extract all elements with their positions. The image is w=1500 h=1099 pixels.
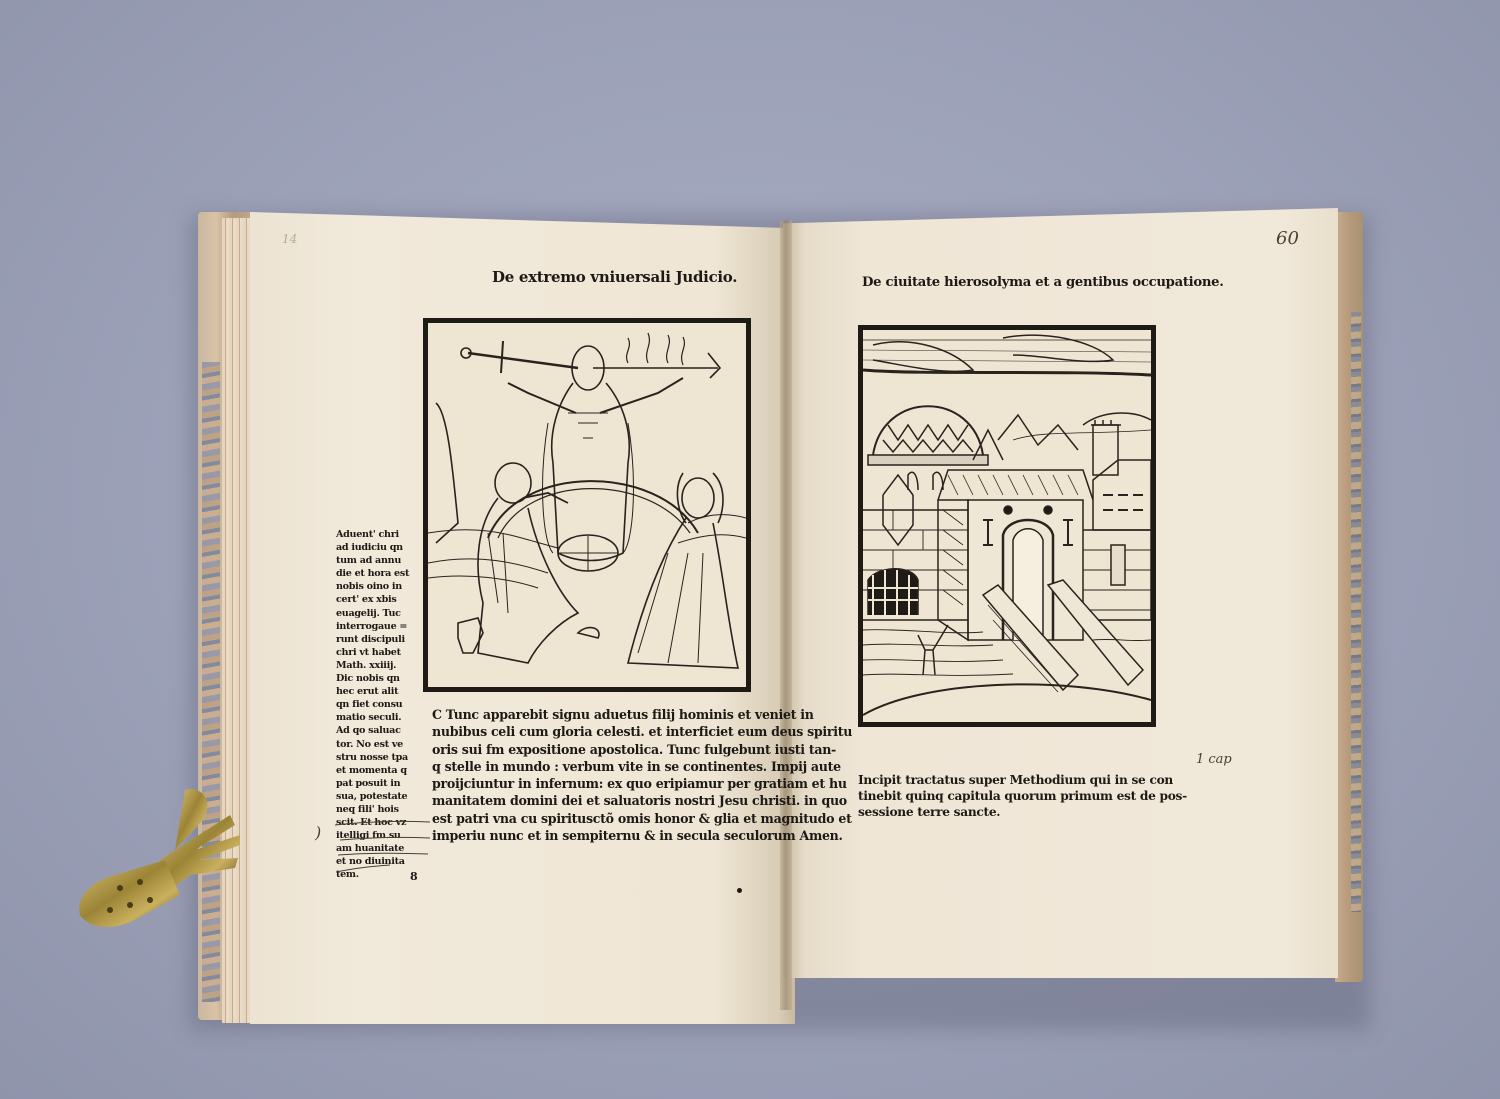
folio-number: 60 <box>1276 228 1299 249</box>
body-line: Incipit tractatus super Methodium qui in… <box>858 772 1187 788</box>
gloss-line: hec erut alit <box>336 685 409 698</box>
last-judgment-illustration <box>428 323 746 687</box>
left-page-body: C Tunc apparebit signu aduetus filij hom… <box>432 706 852 844</box>
pencil-mark: 14 <box>282 232 297 246</box>
book-gutter <box>780 220 792 1010</box>
gloss-line: sua, potestate <box>336 790 409 803</box>
body-line: tinebit quinq capitula quorum primum est… <box>858 788 1187 804</box>
gloss-line: runt discipuli <box>336 633 409 646</box>
body-line: proijciuntur in infernum: ex quo eripiam… <box>432 775 852 792</box>
body-line: est patri vna cu spiritusctõ omis honor … <box>432 810 852 827</box>
ink-dot <box>737 888 742 893</box>
left-page-heading: De extremo vniuersali Judicio. <box>492 268 737 286</box>
gloss-line: et momenta q <box>336 764 409 777</box>
body-line: C Tunc apparebit signu aduetus filij hom… <box>432 706 852 723</box>
gloss-line: Aduent' chri <box>336 528 409 541</box>
gloss-line: pat posuit in <box>336 777 409 790</box>
margin-bracket: ) <box>315 823 321 842</box>
gloss-line: tum ad annu <box>336 554 409 567</box>
body-line: q stelle in mundo : verbum vite in se co… <box>432 758 852 775</box>
body-line: oris sui fm expositione apostolica. Tunc… <box>432 741 852 758</box>
body-line: nubibus celi cum gloria celesti. et inte… <box>432 723 852 740</box>
gloss-line: chri vt habet <box>336 646 409 659</box>
gloss-line: nobis oino in <box>336 580 409 593</box>
gloss-line: cert' ex xbis <box>336 593 409 606</box>
gloss-line: die et hora est <box>336 567 409 580</box>
gloss-line: matio seculi. <box>336 711 409 724</box>
right-page-body: Incipit tractatus super Methodium qui in… <box>858 772 1187 820</box>
gloss-line: stru nosse tpa <box>336 751 409 764</box>
woodcut-last-judgment <box>423 318 751 692</box>
gloss-line: neq fili' hois <box>336 803 409 816</box>
gloss-line: Ad qo saluac <box>336 724 409 737</box>
body-line: sessione terre sancte. <box>858 804 1187 820</box>
gloss-line: tor. No est ve <box>336 738 409 751</box>
gloss-line: interrogaue = <box>336 620 409 633</box>
body-line: imperiu nunc et in sempiternu & in secul… <box>432 827 852 844</box>
body-line: manitatem domini dei et saluatoris nostr… <box>432 792 852 809</box>
gloss-line: ad iudiciu qn <box>336 541 409 554</box>
brass-hand-clip <box>75 780 245 930</box>
gloss-line: euagelij. Tuc <box>336 607 409 620</box>
gloss-line: qn fiet consu <box>336 698 409 711</box>
jerusalem-city-illustration <box>863 330 1151 722</box>
gloss-line: Math. xxiiij. <box>336 659 409 672</box>
book-cover-right <box>1335 212 1363 982</box>
woodcut-jerusalem <box>858 325 1156 727</box>
margin-note: 1 cap <box>1196 752 1232 767</box>
signature-mark: 8 <box>410 870 417 883</box>
gloss-line: Dic nobis qn <box>336 672 409 685</box>
ink-underlines <box>330 820 440 880</box>
right-page-heading: De ciuitate hierosolyma et a gentibus oc… <box>862 275 1224 290</box>
